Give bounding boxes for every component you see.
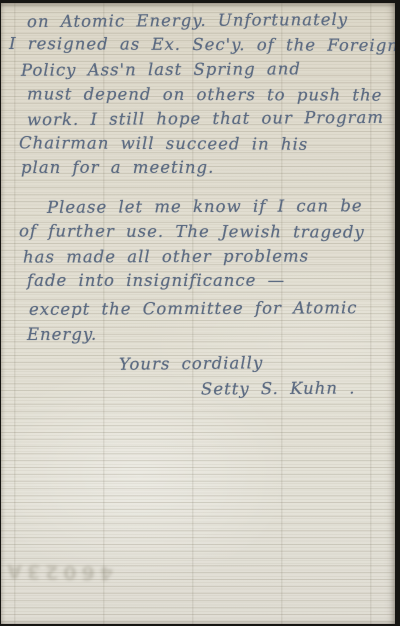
handwritten-line: Please let me know if I can be [47, 196, 363, 220]
handwritten-line: must depend on others to push the [27, 84, 383, 107]
handwritten-line: except the Committee for Atomic [29, 298, 358, 322]
handwritten-line: of further use. The Jewish tragedy [19, 221, 365, 244]
handwritten-line: fade into insignificance — [27, 271, 285, 293]
handwritten-line: Energy. [27, 325, 97, 347]
handwritten-line: Policy Ass'n last Spring and [21, 59, 301, 82]
signature-line: Setty S. Kuhn . [201, 378, 356, 401]
handwriting-block: on Atomic Energy. Unfortunately I resign… [1, 3, 395, 624]
handwritten-line: work. I still hope that our Program [27, 108, 384, 132]
handwritten-line: has made all other problems [23, 247, 309, 270]
handwritten-line: plan for a meeting. [21, 158, 214, 180]
letter-paper: on Atomic Energy. Unfortunately I resign… [1, 3, 395, 624]
scanned-letter-page: on Atomic Energy. Unfortunately I resign… [0, 0, 400, 626]
handwritten-line: Chairman will succeed in his [19, 133, 308, 157]
handwritten-line: on Atomic Energy. Unfortunately [27, 10, 348, 34]
handwritten-line: I resigned as Ex. Sec'y. of the Foreign [9, 34, 395, 58]
closing-line: Yours cordially [119, 353, 263, 377]
faint-corner-mark: 46023A [3, 560, 113, 584]
